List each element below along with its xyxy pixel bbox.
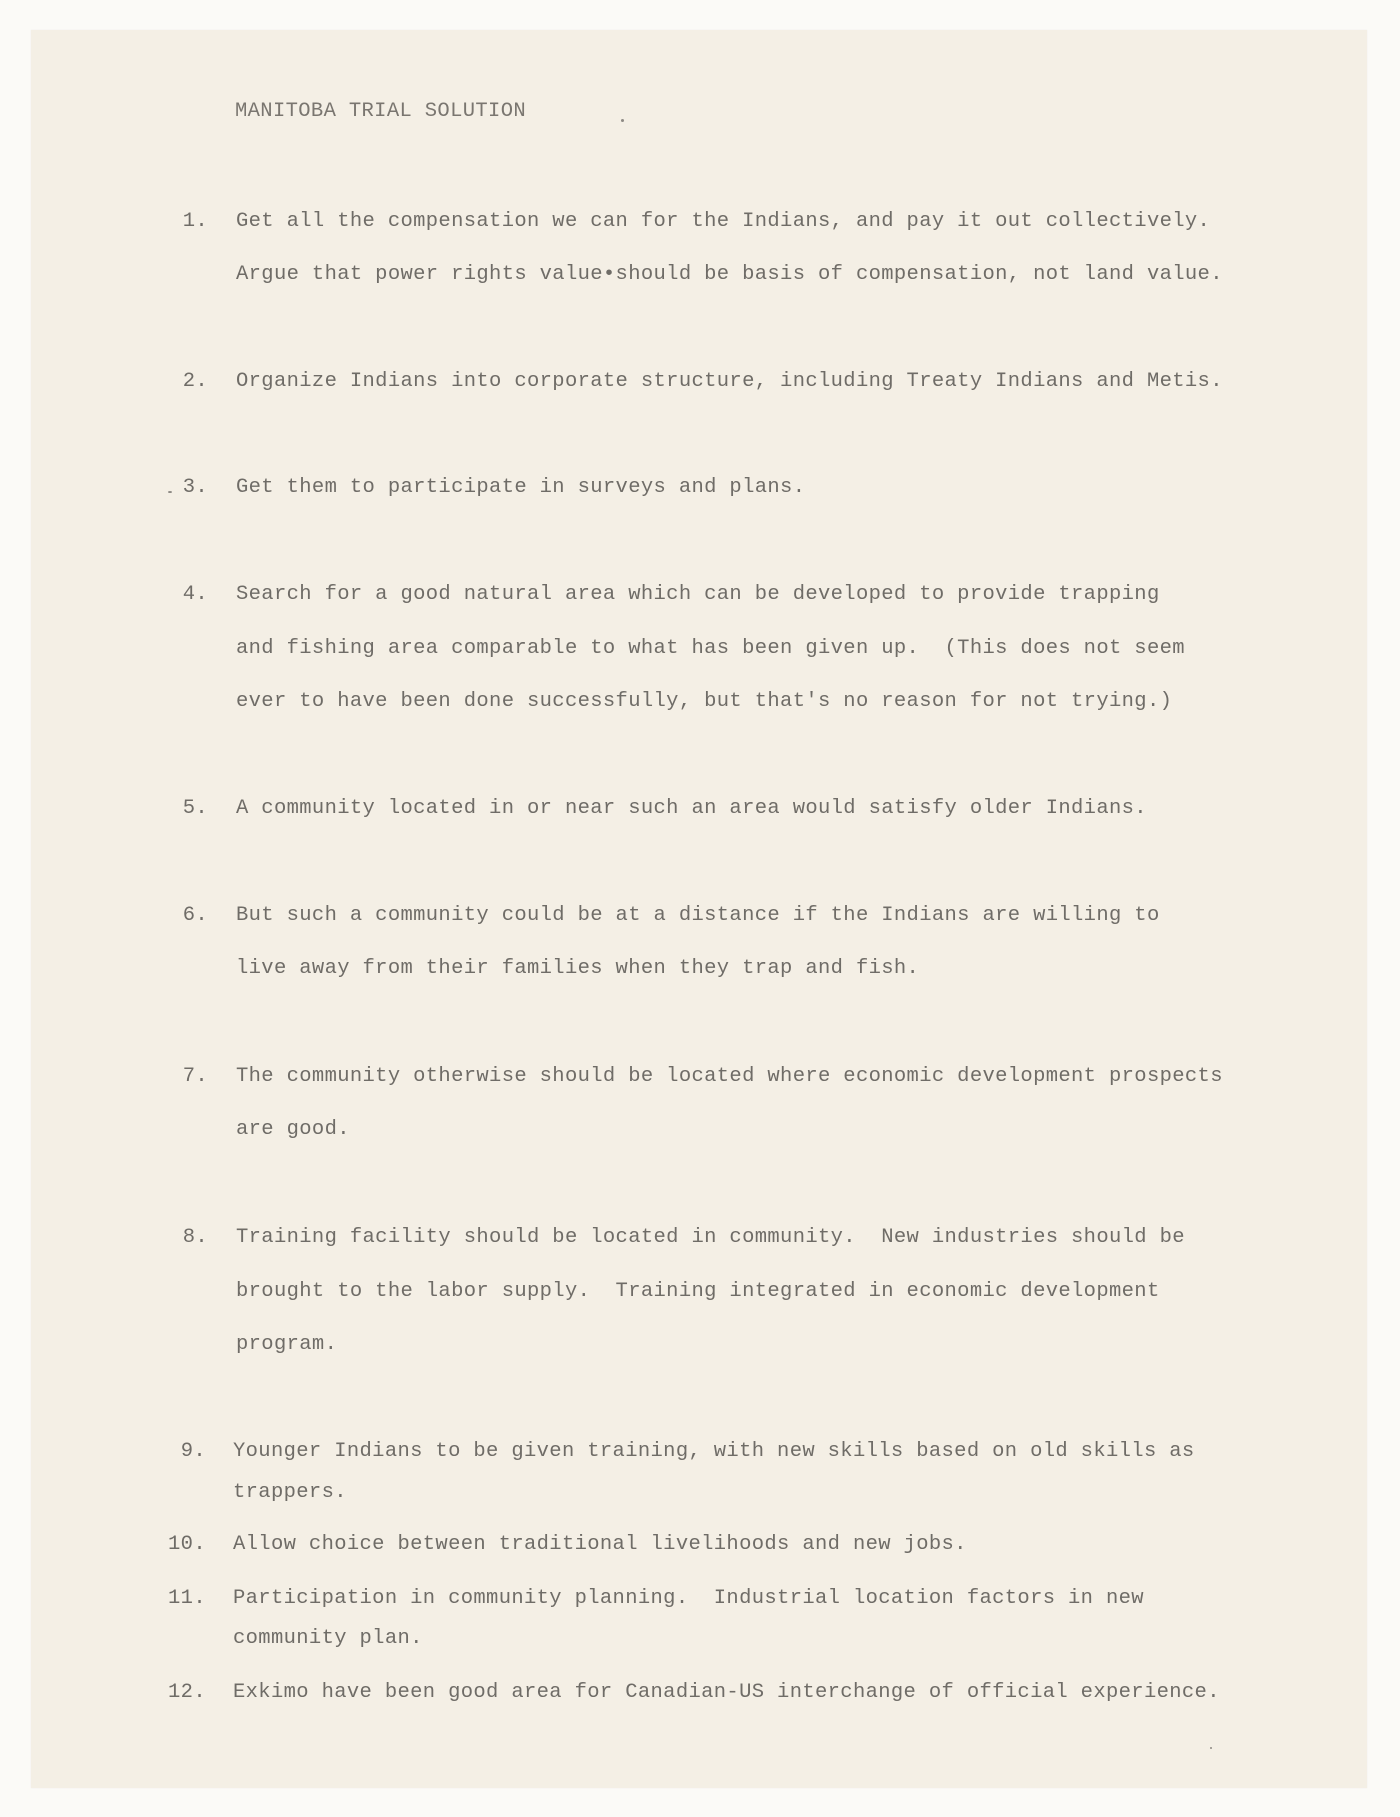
item-text-line: Get all the compensation we can for the … xyxy=(236,210,1210,233)
item-number: 10. xyxy=(146,1533,206,1556)
item-number: 7. xyxy=(148,1065,208,1088)
item-number: 9. xyxy=(146,1440,206,1463)
item-number: 12. xyxy=(146,1681,206,1704)
item-number: 4. xyxy=(148,583,208,606)
item-number: 5. xyxy=(148,797,208,820)
paper-speck xyxy=(621,119,624,122)
item-number: 3. xyxy=(148,476,208,499)
item-text-line: Younger Indians to be given training, wi… xyxy=(233,1440,1195,1463)
item-number: 6. xyxy=(148,904,208,927)
document-title: MANITOBA TRIAL SOLUTION xyxy=(235,100,526,123)
item-number: 2. xyxy=(148,370,208,393)
item-text-line: Organize Indians into corporate structur… xyxy=(236,370,1223,393)
item-text-line: Allow choice between traditional livelih… xyxy=(233,1533,967,1556)
item-text-line: and fishing area comparable to what has … xyxy=(236,637,1185,660)
item-text-line: ever to have been done successfully, but… xyxy=(236,690,1172,713)
item-text-line: Exkimo have been good area for Canadian-… xyxy=(233,1681,1220,1704)
item-number: 11. xyxy=(146,1587,206,1610)
item-text-line: Get them to participate in surveys and p… xyxy=(236,476,805,499)
item-text-line: program. xyxy=(236,1333,337,1356)
item-text-line: community plan. xyxy=(233,1627,423,1650)
item-text-line: But such a community could be at a dista… xyxy=(236,904,1160,927)
item-text-line: Argue that power rights value•should be … xyxy=(236,263,1223,286)
item-text-line: Training facility should be located in c… xyxy=(236,1226,1185,1249)
item-text-line: are good. xyxy=(236,1118,350,1141)
paper-speck xyxy=(168,491,172,493)
item-text-line: Search for a good natural area which can… xyxy=(236,583,1160,606)
item-text-line: Participation in community planning. Ind… xyxy=(233,1587,1144,1610)
paper-speck xyxy=(1210,1747,1212,1749)
item-number: 1. xyxy=(148,210,208,233)
item-text-line: trappers. xyxy=(233,1481,347,1504)
item-number: 8. xyxy=(148,1226,208,1249)
item-text-line: brought to the labor supply. Training in… xyxy=(236,1280,1160,1303)
item-text-line: live away from their families when they … xyxy=(236,957,919,980)
item-text-line: The community otherwise should be locate… xyxy=(236,1065,1223,1088)
item-text-line: A community located in or near such an a… xyxy=(236,797,1147,820)
